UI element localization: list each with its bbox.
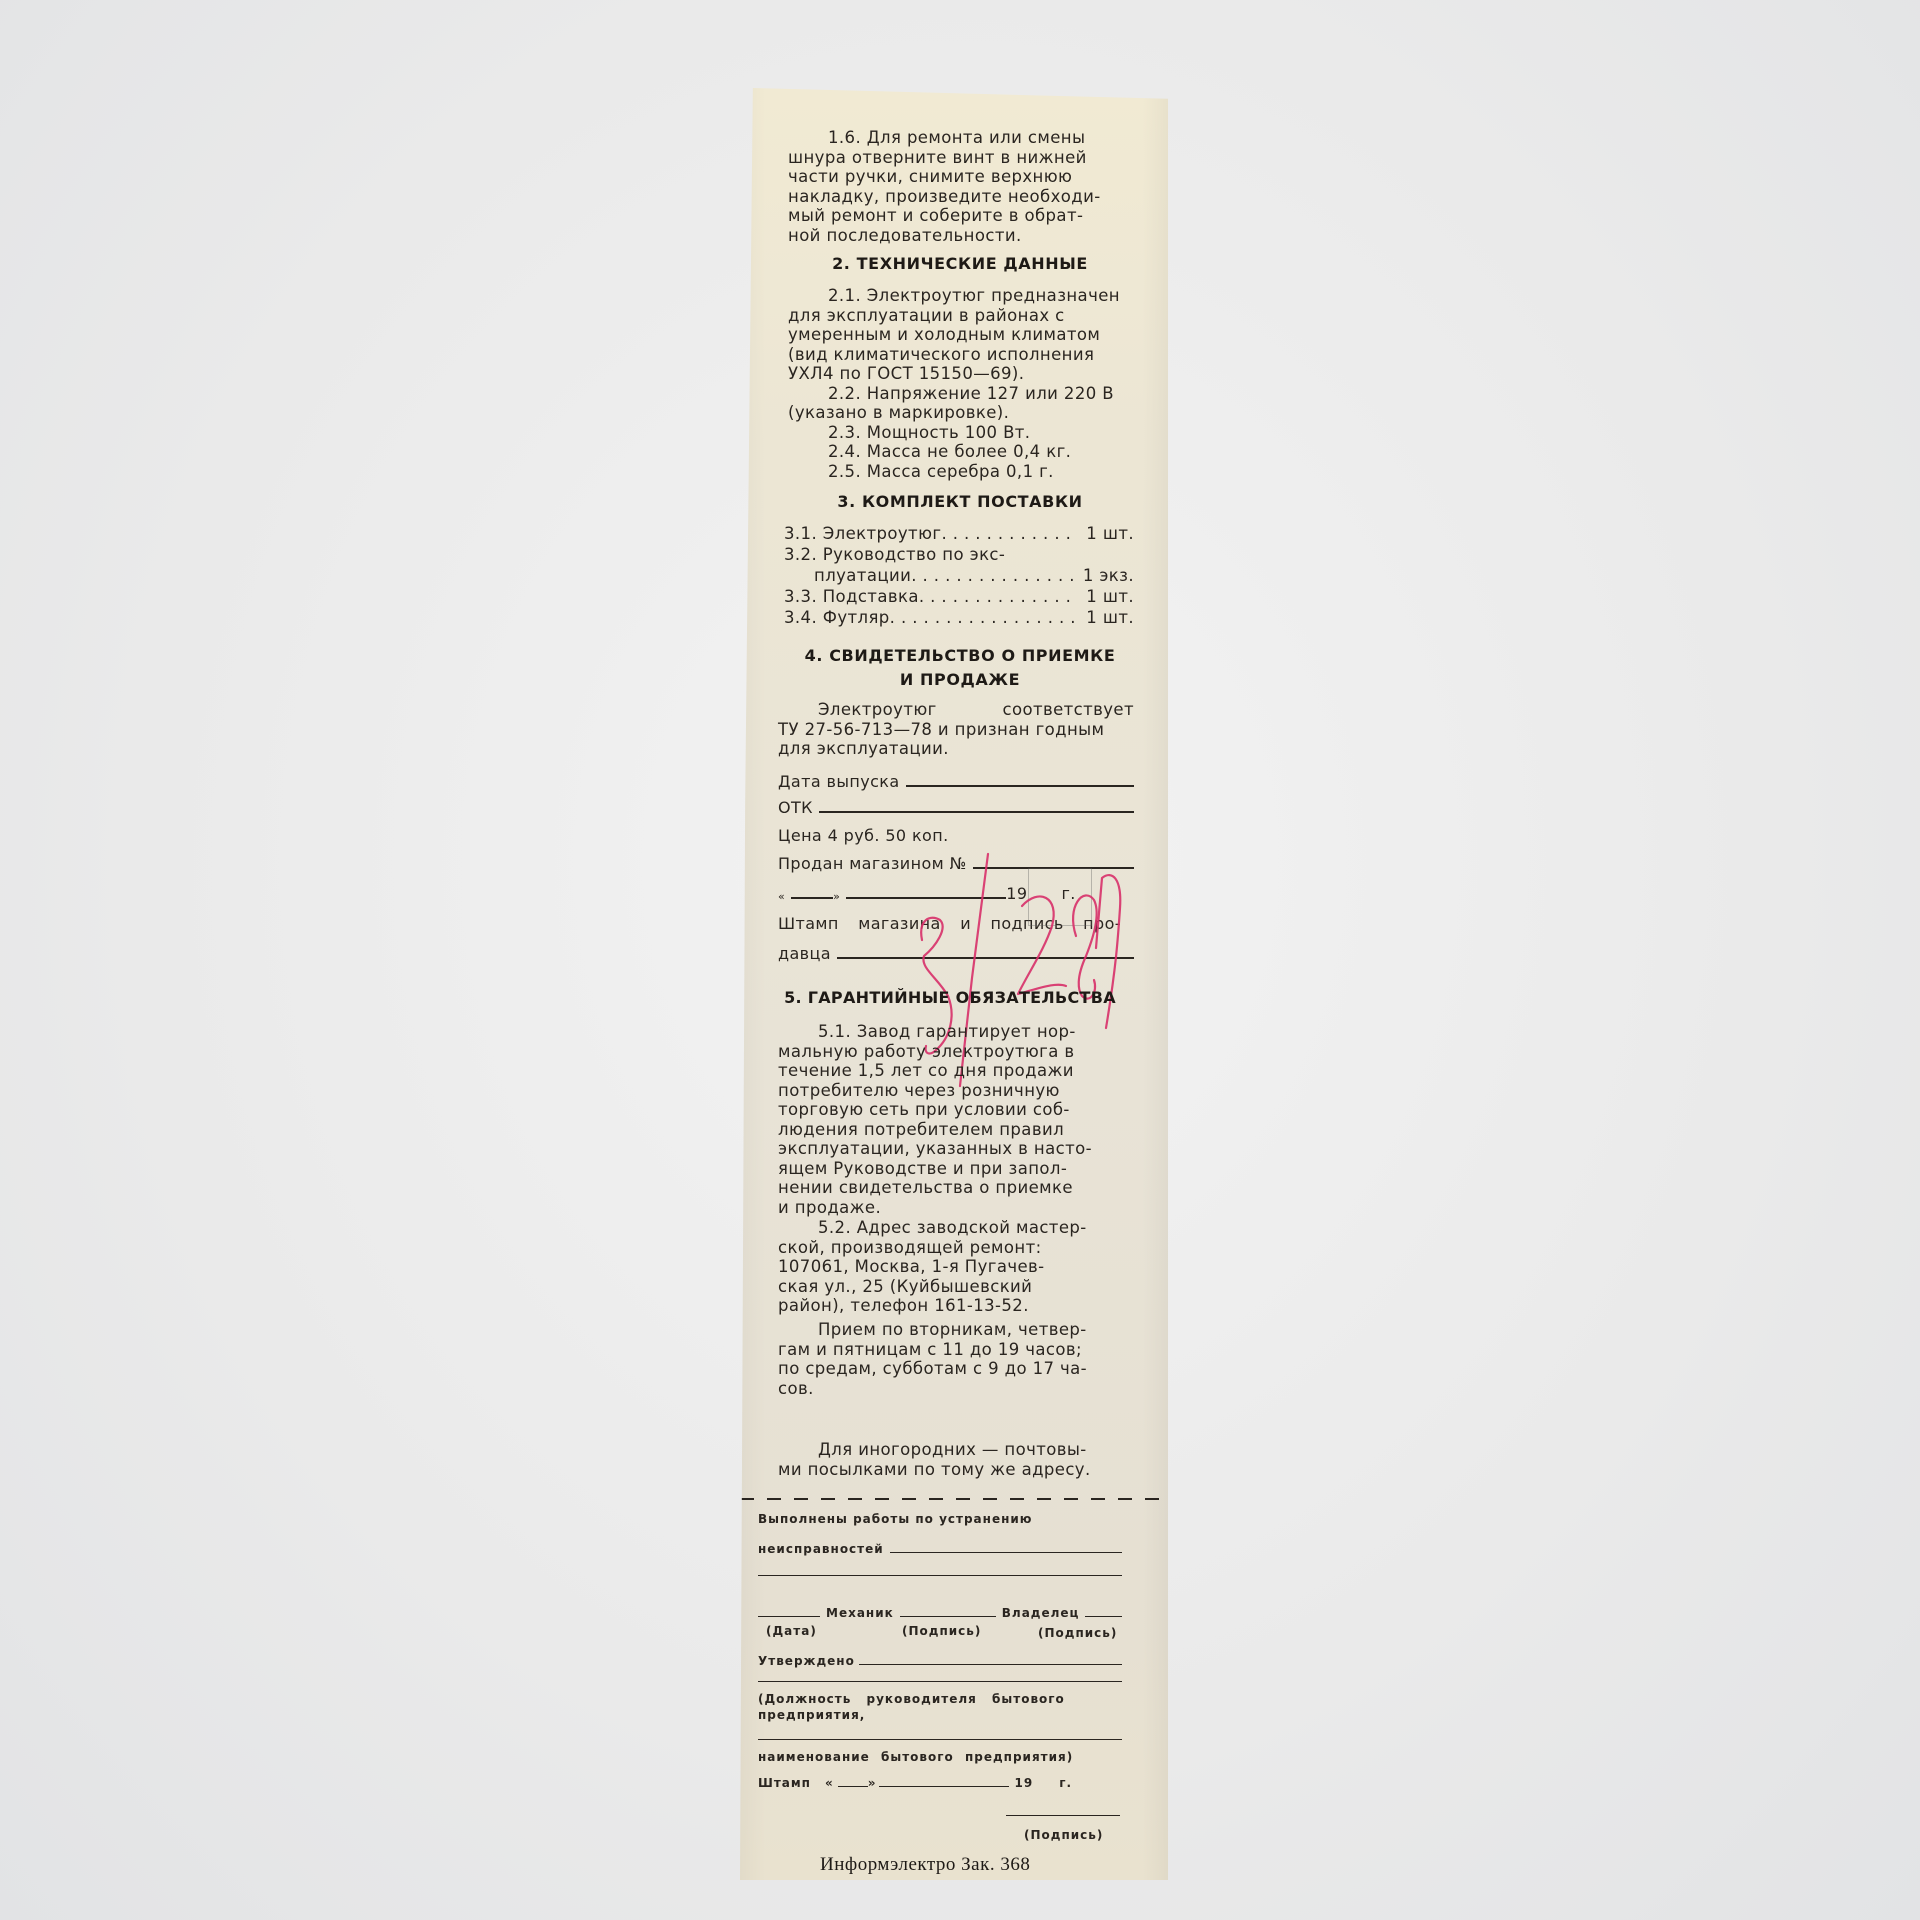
quote-close: » — [868, 1776, 877, 1790]
stamp-date-row: Штамп « » 19 г. — [758, 1776, 1072, 1790]
text-line: умеренным и холодным климатом — [788, 325, 1130, 345]
section-4-heading-line2: И ПРОДАЖЕ — [770, 670, 1150, 689]
mechanic-signature-caption: (Подпись) — [902, 1624, 981, 1638]
fill-line — [819, 810, 1134, 813]
text-line: части ручки, снимите верхнюю — [788, 167, 1130, 187]
text-line: ской, производящей ремонт: — [778, 1238, 1134, 1258]
text-line: накладку, произведите необходи- — [788, 187, 1130, 207]
owner-signature-caption: (Подпись) — [1038, 1626, 1117, 1640]
section-4-heading-line1: 4. СВИДЕТЕЛЬСТВО О ПРИЕМКЕ — [770, 646, 1150, 665]
text-line: 1.6. Для ремонта или смены — [788, 128, 1130, 148]
text-line: 107061, Москва, 1-я Пугачев- — [778, 1257, 1134, 1277]
leader-dots — [919, 587, 1076, 606]
seller-label: давца — [778, 944, 831, 963]
reception-hours: Прием по вторникам, четвер- гам и пятниц… — [778, 1320, 1134, 1398]
section-4-body: Электроутюг соответствует ТУ 27-56-713—7… — [778, 700, 1134, 759]
section-3-heading: 3. КОМПЛЕКТ ПОСТАВКИ — [770, 492, 1150, 511]
enterprise-caption: наименование бытового предприятия) — [758, 1750, 1073, 1764]
text-line: ной последовательности. — [788, 226, 1130, 246]
warranty-document-sheet: 1.6. Для ремонта или смены шнура отверни… — [740, 88, 1168, 1880]
text-line: людения потребителем правил — [778, 1120, 1134, 1140]
kit-item-label: 3.3. Подставка — [784, 587, 919, 606]
text-line: для эксплуатации. — [778, 739, 1134, 759]
date-caption: (Дата) — [766, 1624, 817, 1638]
text-line: Прием по вторникам, четвер- — [778, 1320, 1134, 1340]
text-line: эксплуатации, указанных в насто- — [778, 1139, 1134, 1159]
position-caption-line2: предприятия, — [758, 1708, 865, 1722]
section-2-heading: 2. ТЕХНИЧЕСКИЕ ДАННЫЕ — [770, 254, 1150, 273]
text-line: течение 1,5 лет со дня продажи — [778, 1061, 1134, 1081]
kit-item-qty: 1 шт. — [1076, 587, 1134, 606]
position-line[interactable] — [758, 1680, 1122, 1685]
text-line: 2.1. Электроутюг предназначен — [788, 286, 1130, 306]
text-line: (указано в маркировке). — [788, 403, 1130, 423]
owner-signature-line[interactable] — [1085, 1615, 1122, 1617]
text-line: гам и пятницам с 11 до 19 часов; — [778, 1340, 1134, 1360]
kit-item-qty: 1 экз. — [1073, 566, 1134, 585]
mechanic-label: Механик — [826, 1606, 894, 1620]
text-line: 5.1. Завод гарантирует нор- — [778, 1022, 1134, 1042]
text-line: для эксплуатации в районах с — [788, 306, 1130, 326]
faults-field[interactable]: неисправностей — [758, 1542, 1122, 1556]
fill-line — [906, 784, 1134, 787]
owner-label: Владелец — [1002, 1606, 1080, 1620]
text-line: 2.5. Масса серебра 0,1 г. — [788, 462, 1130, 482]
mechanic-owner-row: Механик Владелец — [758, 1606, 1122, 1620]
work-done-label: Выполнены работы по устранению — [758, 1512, 1032, 1526]
leader-dots — [911, 566, 1073, 585]
fill-line — [758, 1680, 1122, 1682]
text-line: шнура отверните винт в нижней — [788, 148, 1130, 168]
text-line: потребителю через розничную — [778, 1081, 1134, 1101]
fill-line — [758, 1574, 1122, 1576]
fill-line — [1006, 1814, 1120, 1816]
otk-field[interactable]: ОТК — [778, 798, 1134, 817]
text-line: мальную работу электроутюга в — [778, 1042, 1134, 1062]
section-1-6: 1.6. Для ремонта или смены шнура отверни… — [788, 128, 1130, 245]
mail-repair-note: Для иногородних — почтовы- ми посылками … — [778, 1440, 1134, 1479]
text-line: ТУ 27-56-713—78 и признан годным — [778, 720, 1134, 740]
kit-item-label: 3.4. Футляр — [784, 608, 890, 627]
otk-label: ОТК — [778, 798, 813, 817]
day-line[interactable] — [838, 1785, 868, 1787]
text-line: Электроутюг соответствует — [778, 700, 1134, 720]
faults-field-line2[interactable] — [758, 1574, 1122, 1579]
release-date-field[interactable]: Дата выпуска — [778, 772, 1134, 791]
final-signature-caption: (Подпись) — [1024, 1828, 1103, 1842]
release-date-label: Дата выпуска — [778, 772, 900, 791]
approved-label: Утверждено — [758, 1654, 855, 1668]
section-2-body: 2.1. Электроутюг предназначен для эксплу… — [788, 286, 1130, 481]
text-line: торговую сеть при условии соб- — [778, 1100, 1134, 1120]
text-line: 2.3. Мощность 100 Вт. — [788, 423, 1130, 443]
kit-item-label: 3.2. Руководство по экс- — [784, 545, 1005, 564]
text-line: ская ул., 25 (Куйбышевский — [778, 1277, 1134, 1297]
fill-line — [859, 1663, 1122, 1665]
printer-imprint: Информэлектро Зак. 368 — [820, 1854, 1030, 1876]
text-line: сов. — [778, 1379, 1134, 1399]
section-5-heading: 5. ГАРАНТИЙНЫЕ ОБЯЗАТЕЛЬСТВА — [748, 988, 1152, 1007]
kit-item: плуатации 1 экз. — [814, 566, 1134, 585]
kit-item-label: 3.1. Электроутюг — [784, 524, 941, 543]
kit-item: 3.1. Электроутюг 1 шт. — [784, 524, 1134, 543]
mechanic-signature-line[interactable] — [900, 1615, 996, 1617]
position-caption-line1: (Должность руководителя бытового — [758, 1692, 1065, 1706]
kit-item-qty: 1 шт. — [1076, 524, 1134, 543]
leader-dots — [890, 608, 1077, 627]
fill-line — [758, 1738, 1122, 1740]
leader-dots — [941, 524, 1076, 543]
section-5-1: 5.1. Завод гарантирует нор- мальную рабо… — [778, 1022, 1134, 1217]
enterprise-line[interactable] — [758, 1738, 1122, 1743]
date-line[interactable] — [758, 1615, 820, 1617]
year-suffix: г. — [1059, 1776, 1072, 1790]
quote-close: » — [833, 890, 840, 903]
kit-item: 3.2. Руководство по экс- — [784, 545, 1134, 564]
day-line — [791, 896, 833, 899]
final-signature-line[interactable] — [1006, 1814, 1120, 1819]
text-line: район), телефон 161-13-52. — [778, 1296, 1134, 1316]
kit-item-qty: 1 шт. — [1076, 608, 1134, 627]
text-line: УХЛ4 по ГОСТ 15150—69). — [788, 364, 1130, 384]
text-line: (вид климатического исполнения — [788, 345, 1130, 365]
stamp-label: Штамп — [758, 1776, 811, 1790]
month-line[interactable] — [879, 1785, 1009, 1787]
text-line: Для иногородних — почтовы- — [778, 1440, 1134, 1460]
text-line: ящем Руководстве и при запол- — [778, 1159, 1134, 1179]
text-line: 2.2. Напряжение 127 или 220 В — [788, 384, 1130, 404]
text-line: по средам, субботам с 9 до 17 ча- — [778, 1359, 1134, 1379]
kit-item: 3.3. Подставка 1 шт. — [784, 587, 1134, 606]
quote-open: « — [778, 890, 785, 903]
work-done-caption: Выполнены работы по устранению — [758, 1512, 1032, 1526]
approved-field[interactable]: Утверждено — [758, 1654, 1122, 1668]
fill-line — [890, 1551, 1122, 1553]
text-line: и продаже. — [778, 1198, 1134, 1218]
text-line: ми посылками по тому же адресу. — [778, 1460, 1134, 1480]
text-line: нении свидетельства о приемке — [778, 1178, 1134, 1198]
kit-item-label: плуатации — [814, 566, 911, 585]
tear-off-dashed-line — [740, 1498, 1168, 1500]
text-line: мый ремонт и соберите в обрат- — [788, 206, 1130, 226]
section-5-2-address: 5.2. Адрес заводской мастер- ской, произ… — [778, 1218, 1134, 1316]
text-line: 2.4. Масса не более 0,4 кг. — [788, 442, 1130, 462]
faults-label: неисправностей — [758, 1542, 884, 1556]
kit-item: 3.4. Футляр 1 шт. — [784, 608, 1134, 627]
quote-open: « — [825, 1776, 834, 1790]
text-line: 5.2. Адрес заводской мастер- — [778, 1218, 1134, 1238]
year-prefix: 19 — [1015, 1776, 1034, 1790]
